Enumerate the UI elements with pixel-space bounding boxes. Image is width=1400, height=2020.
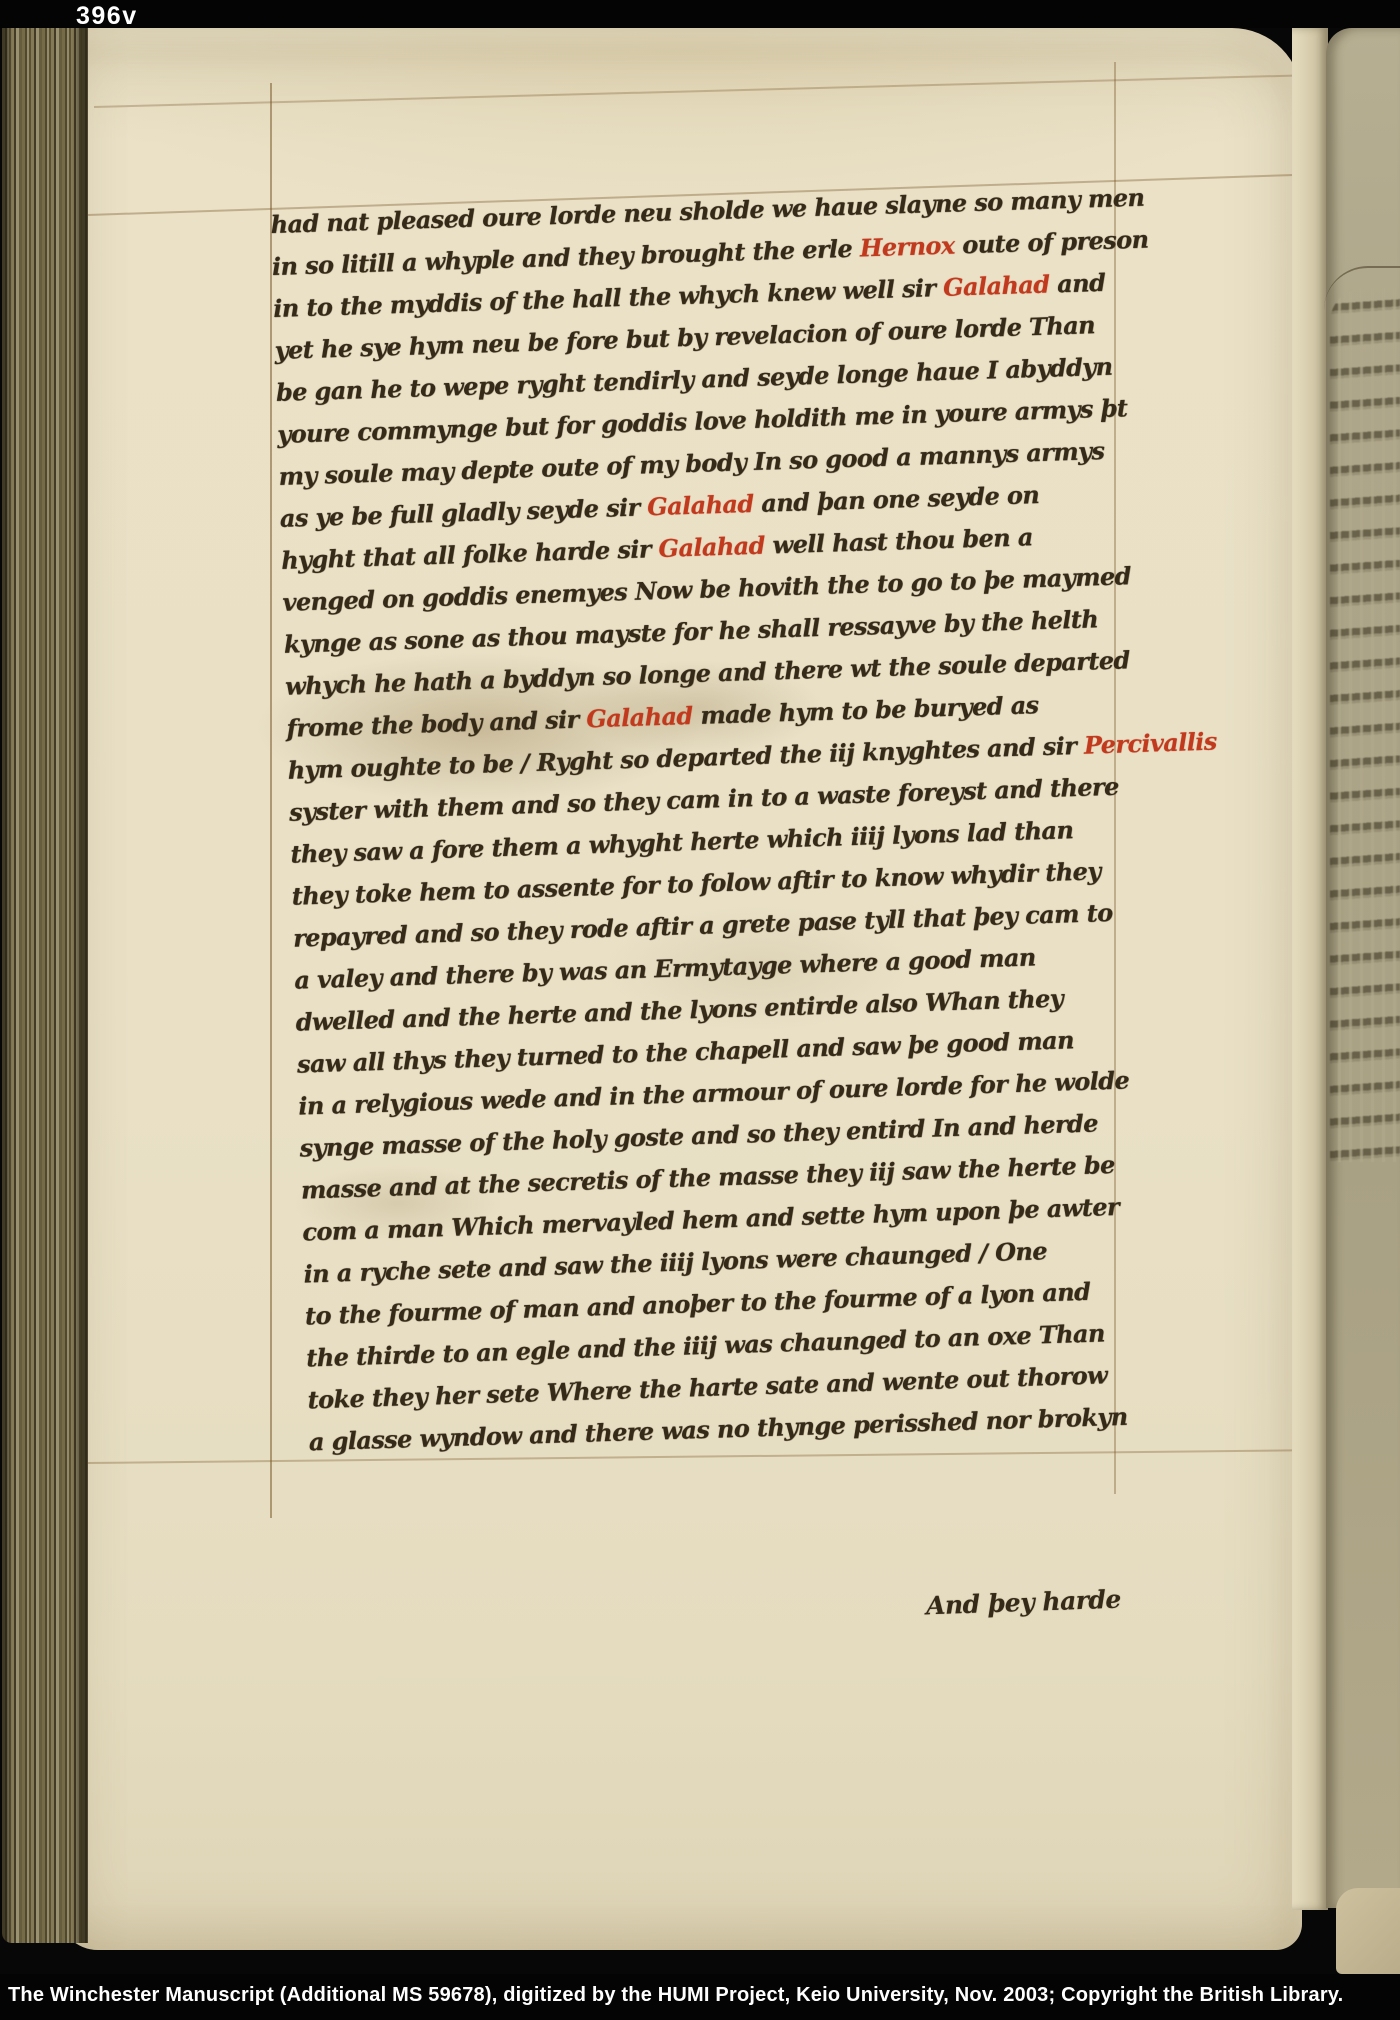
rubricated-name: Galahad [647,489,754,521]
top-black-border [0,0,1400,28]
rubricated-name: Galahad [658,531,765,563]
ruled-line-left-margin [270,83,272,1518]
manuscript-photo: 396v had nat pleased oure lorde neu shol… [0,0,1400,2020]
manuscript-text: well hast thou ben a [764,522,1033,559]
rubricated-name: Galahad [586,701,693,733]
manuscript-text: hyght that all folke harde sir [281,534,659,575]
folio-number: 396v [76,2,138,31]
caption: The Winchester Manuscript (Additional MS… [8,1984,1398,2007]
catchword: And þey harde [926,1585,1122,1621]
manuscript-text: and [1049,268,1106,299]
page-gutter-edge [1292,28,1328,1910]
rubricated-name: Hernox [859,231,955,263]
rubricated-name: Galahad [943,270,1050,302]
manuscript-text: oute of preson [954,224,1149,259]
manuscript-page: had nat pleased oure lorde neu sholde we… [58,28,1302,1950]
manuscript-text: and þan one seyde on [753,480,1039,518]
rubricated-name: Percivallis [1083,727,1217,760]
manuscript-text: made hym to be buryed as [692,690,1039,730]
text-block: had nat pleased oure lorde neu sholde we… [270,177,1161,1463]
book-fore-edge [2,18,88,1943]
facing-page-bottom-corner [1336,1888,1400,1974]
manuscript-text: as ye be full gladly seyde sir [279,492,647,533]
facing-page-text-lines [1330,288,1400,1162]
manuscript-text: frome the body and sir [286,704,587,742]
